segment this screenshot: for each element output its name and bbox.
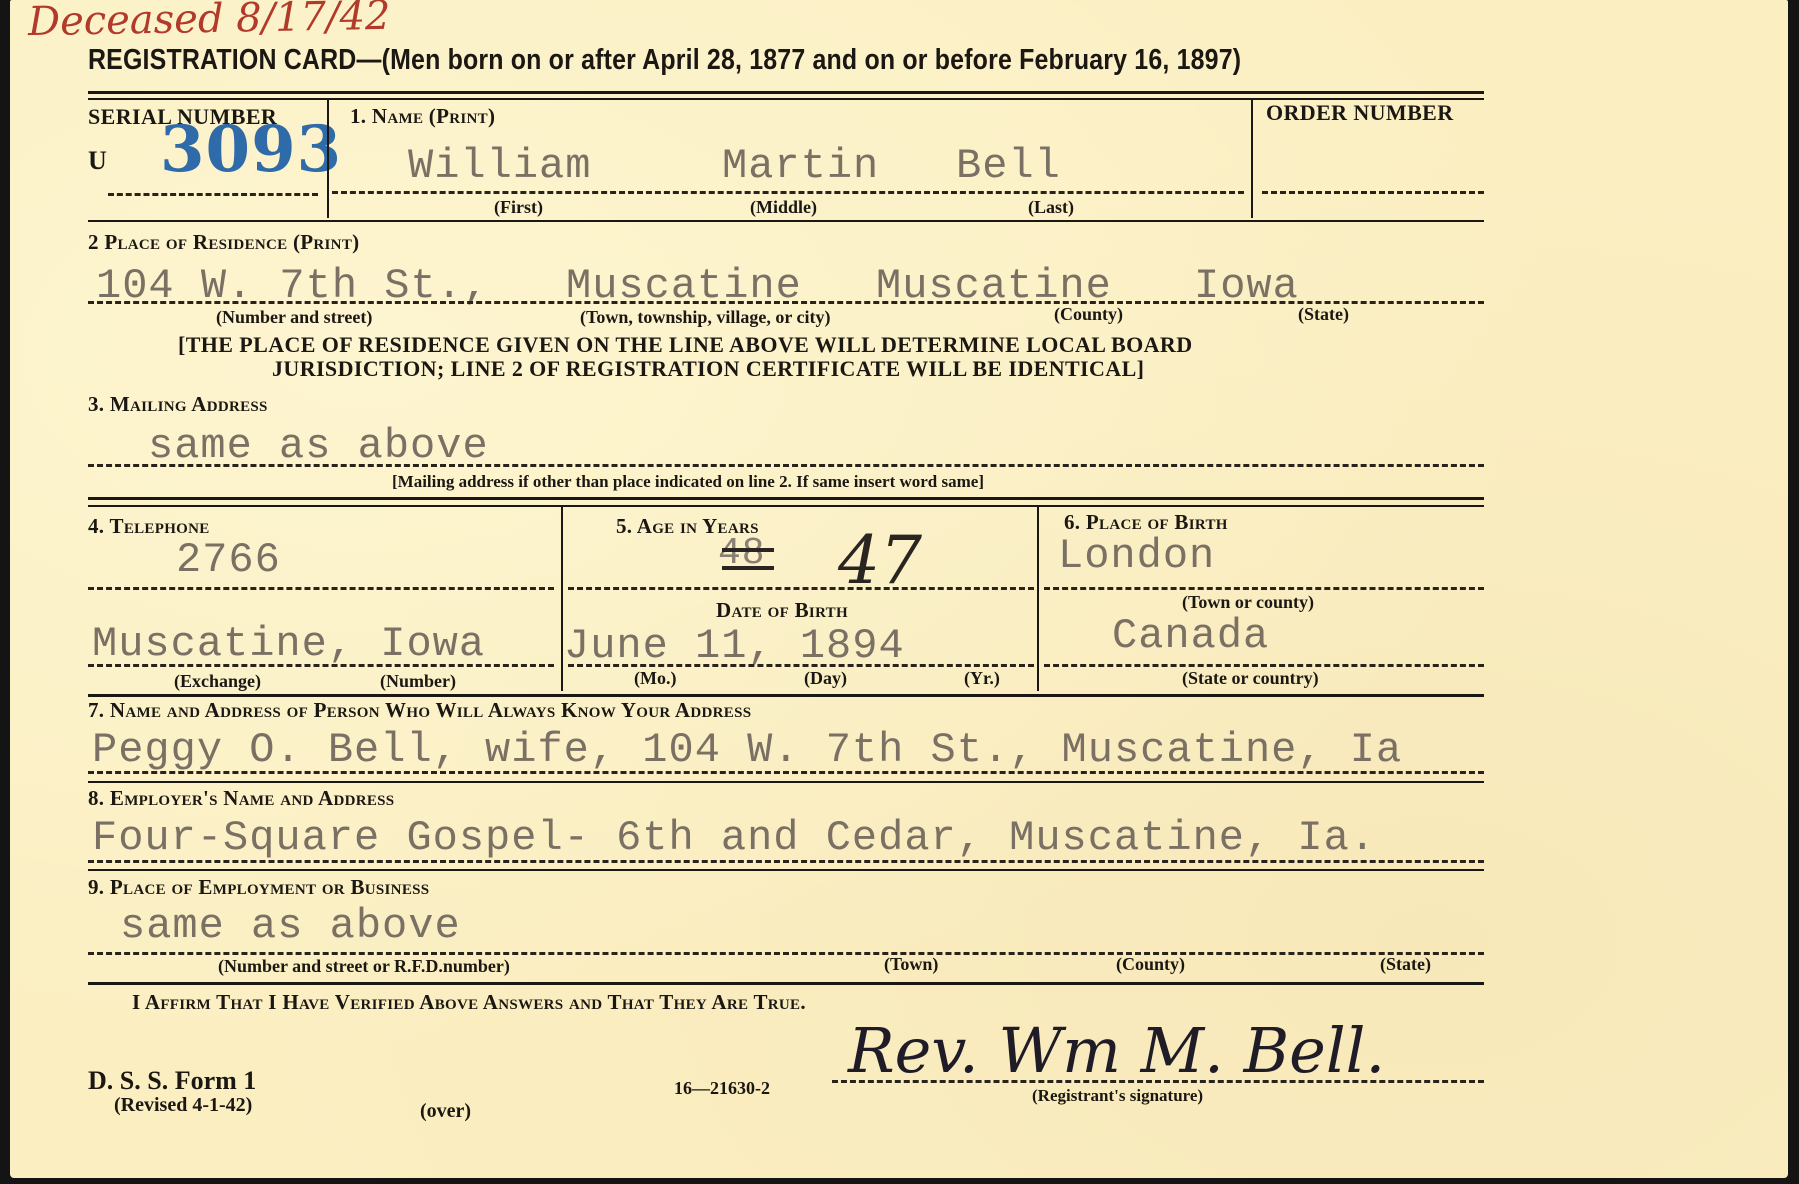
mailing-address-value: same as above [148, 422, 489, 470]
contact-value: Peggy O. Bell, wife, 104 W. 7th St., Mus… [92, 726, 1402, 774]
employment-county-caption: (County) [1116, 954, 1185, 975]
registration-card: Deceased 8/17/42 REGISTRATION CARD—(Men … [10, 0, 1788, 1178]
signature-caption: (Registrant's signature) [1032, 1086, 1203, 1106]
name-last-value: Bell [956, 142, 1061, 190]
deceased-annotation: Deceased 8/17/42 [28, 0, 391, 45]
employment-town-caption: (Town) [884, 954, 938, 975]
residence-notice-line2: JURISDICTION; LINE 2 OF REGISTRATION CER… [272, 356, 1144, 382]
name-label: 1. Name (Print) [350, 104, 495, 129]
dob-day-caption: (Day) [804, 668, 847, 689]
name-middle-caption: (Middle) [750, 197, 817, 218]
dob-label: Date of Birth [716, 598, 848, 623]
telephone-exchange-value: Muscatine, Iowa [92, 620, 485, 668]
dob-value: June 11, 1894 [564, 622, 905, 670]
residence-county-caption: (County) [1054, 304, 1123, 325]
dob-year-caption: (Yr.) [964, 668, 1000, 689]
form-name: D. S. S. Form 1 [88, 1066, 256, 1096]
birthplace-country-value: Canada [1112, 612, 1269, 660]
telephone-number-value: 2766 [176, 536, 281, 584]
over-indicator: (over) [420, 1100, 471, 1123]
residence-notice-line1: [THE PLACE OF RESIDENCE GIVEN ON THE LIN… [178, 332, 1193, 358]
name-middle-value: Martin [722, 142, 879, 190]
employer-value: Four-Square Gospel- 6th and Cedar, Musca… [92, 814, 1376, 862]
employer-label: 8. Employer's Name and Address [88, 786, 394, 811]
residence-state-caption: (State) [1298, 304, 1349, 325]
telephone-number-caption: (Number) [380, 671, 456, 692]
name-first-caption: (First) [494, 197, 543, 218]
employment-state-caption: (State) [1380, 954, 1431, 975]
contact-label: 7. Name and Address of Person Who Will A… [88, 698, 751, 723]
mailing-address-label: 3. Mailing Address [88, 392, 268, 417]
birthplace-town-value: London [1058, 532, 1215, 580]
mailing-address-caption: [Mailing address if other than place ind… [392, 472, 984, 492]
employment-street-caption: (Number and street or R.F.D.number) [218, 956, 510, 977]
employment-place-label: 9. Place of Employment or Business [88, 875, 429, 900]
residence-street-caption: (Number and street) [216, 307, 372, 328]
card-title: REGISTRATION CARD—(Men born on or after … [88, 44, 1241, 77]
order-number-label: ORDER NUMBER [1266, 100, 1454, 126]
registrant-signature: Rev. Wm M. Bell. [848, 1014, 1385, 1087]
residence-town-caption: (Town, township, village, or city) [580, 307, 831, 328]
birthplace-town-caption: (Town or county) [1182, 592, 1314, 613]
serial-prefix: U [88, 146, 107, 176]
employment-place-value: same as above [120, 902, 461, 950]
dob-month-caption: (Mo.) [634, 668, 676, 689]
residence-label: 2 Place of Residence (Print) [88, 230, 359, 255]
name-last-caption: (Last) [1028, 197, 1074, 218]
serial-number-value: 3093 [160, 112, 342, 187]
affirmation-text: I Affirm That I Have Verified Above Answ… [132, 990, 806, 1015]
form-revised: (Revised 4-1-42) [114, 1094, 252, 1117]
print-code: 16—21630-2 [674, 1078, 770, 1099]
telephone-exchange-caption: (Exchange) [174, 671, 261, 692]
birthplace-country-caption: (State or country) [1182, 668, 1319, 689]
name-first-value: William [408, 142, 591, 190]
